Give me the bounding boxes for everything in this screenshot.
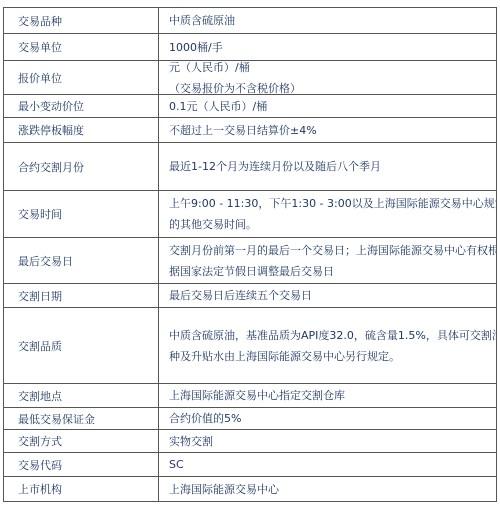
spec-label: 涨跌停板幅度 xyxy=(4,118,159,142)
spec-label: 上市机构 xyxy=(4,477,159,501)
spec-row-trading-product: 交易品种 中质含硫原油 xyxy=(4,8,496,34)
spec-row-product-code: 交易代码 SC xyxy=(4,453,496,477)
spec-value: SC xyxy=(159,453,496,476)
spec-row-trading-unit: 交易单位 1000桶/手 xyxy=(4,34,496,61)
spec-value: 最后交易日后连续五个交易日 xyxy=(159,284,496,307)
spec-label: 交易时间 xyxy=(4,191,159,237)
spec-row-delivery-method: 交割方式 实物交割 xyxy=(4,430,496,453)
spec-row-delivery-date: 交割日期 最后交易日后连续五个交易日 xyxy=(4,284,496,308)
spec-value: 上午9:00 - 11:30，下午1:30 - 3:00以及上海国际能源交易中心… xyxy=(159,191,496,237)
spec-value: 上海国际能源交易中心指定交割仓库 xyxy=(159,384,496,407)
spec-value: 上海国际能源交易中心 xyxy=(159,477,496,501)
spec-label: 最低交易保证金 xyxy=(4,408,159,429)
spec-label: 交割日期 xyxy=(4,284,159,307)
spec-label: 最后交易日 xyxy=(4,238,159,283)
spec-value: 交割月份前第一月的最后一个交易日；上海国际能源交易中心有权根 据国家法定节假日调… xyxy=(159,238,496,283)
spec-value: 元（人民币）/桶 （交易报价为不含税价格） xyxy=(159,61,496,94)
spec-label: 交割品质 xyxy=(4,308,159,383)
contract-spec-table: 交易品种 中质含硫原油 交易单位 1000桶/手 报价单位 元（人民币）/桶 （… xyxy=(3,7,497,502)
spec-row-delivery-venue: 交割地点 上海国际能源交易中心指定交割仓库 xyxy=(4,384,496,408)
spec-label: 交易单位 xyxy=(4,34,159,60)
spec-value: 中质含硫原油 xyxy=(159,8,496,33)
spec-row-minimum-margin: 最低交易保证金 合约价值的5% xyxy=(4,408,496,430)
spec-value: 最近1-12个月为连续月份以及随后八个季月 xyxy=(159,143,496,190)
spec-label: 报价单位 xyxy=(4,61,159,94)
spec-row-delivery-quality: 交割品质 中质含硫原油，基准品质为API度32.0，硫含量1.5%，具体可交割油… xyxy=(4,308,496,384)
spec-value: 中质含硫原油，基准品质为API度32.0，硫含量1.5%，具体可交割油 种及升贴… xyxy=(159,308,496,383)
spec-label: 交易代码 xyxy=(4,453,159,476)
spec-label: 交易品种 xyxy=(4,8,159,33)
spec-label: 交割方式 xyxy=(4,430,159,452)
spec-row-trading-hours: 交易时间 上午9:00 - 11:30，下午1:30 - 3:00以及上海国际能… xyxy=(4,191,496,238)
spec-row-minimum-tick: 最小变动价位 0.1元（人民币）/桶 xyxy=(4,95,496,118)
spec-value: 实物交割 xyxy=(159,430,496,452)
spec-row-listing-exchange: 上市机构 上海国际能源交易中心 xyxy=(4,477,496,501)
spec-label: 合约交割月份 xyxy=(4,143,159,190)
spec-value: 1000桶/手 xyxy=(159,34,496,60)
spec-row-price-quotation: 报价单位 元（人民币）/桶 （交易报价为不含税价格） xyxy=(4,61,496,95)
spec-value: 合约价值的5% xyxy=(159,408,496,429)
spec-label: 交割地点 xyxy=(4,384,159,407)
spec-row-contract-months: 合约交割月份 最近1-12个月为连续月份以及随后八个季月 xyxy=(4,143,496,191)
spec-label: 最小变动价位 xyxy=(4,95,159,117)
spec-value: 不超过上一交易日结算价±4% xyxy=(159,118,496,142)
spec-row-last-trading-day: 最后交易日 交割月份前第一月的最后一个交易日；上海国际能源交易中心有权根 据国家… xyxy=(4,238,496,284)
spec-value: 0.1元（人民币）/桶 xyxy=(159,95,496,117)
spec-row-price-limit: 涨跌停板幅度 不超过上一交易日结算价±4% xyxy=(4,118,496,143)
